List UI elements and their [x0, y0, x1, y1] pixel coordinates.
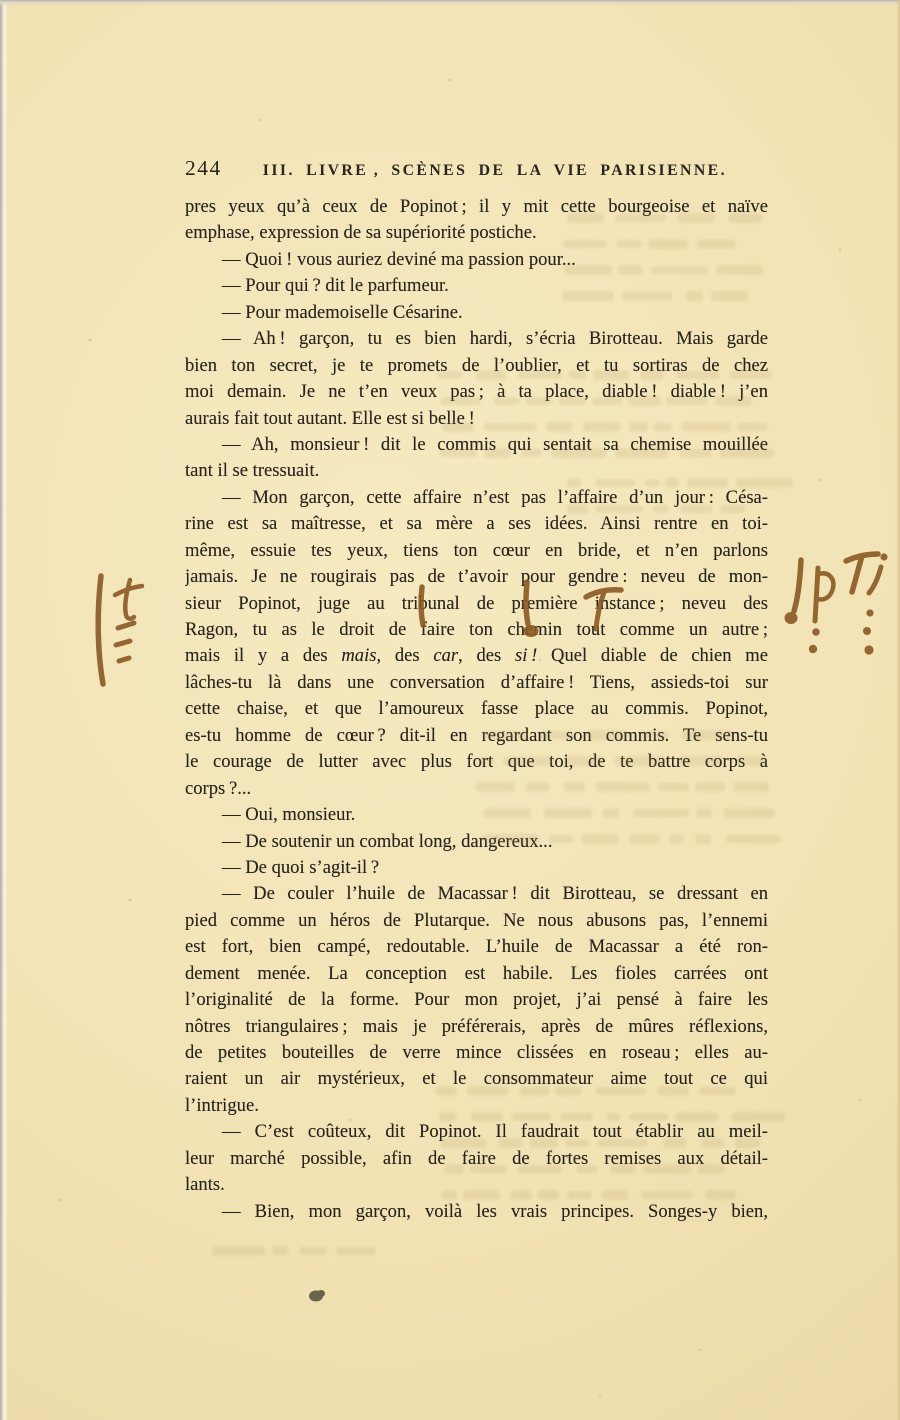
book-page: 244 III. LIVRE , SCÈNES DE LA VIE PARISI… [0, 0, 900, 1420]
text-line: l’intrigue. [185, 1093, 768, 1119]
text-line: l’originalité de la forme. Pour mon proj… [185, 987, 768, 1013]
text-line: est fort, bien campé, redoutable. L’huil… [185, 934, 768, 960]
text-line: — De soutenir un combat long, dangereux.… [185, 829, 768, 855]
text-line: bien ton secret, je te promets de l’oubl… [185, 353, 768, 379]
page-header: 244 III. LIVRE , SCÈNES DE LA VIE PARISI… [185, 156, 768, 181]
text-line: — Mon garçon, cette affaire n’est pas l’… [185, 485, 768, 511]
text-line: — Ah, monsieur ! dit le commis qui senta… [185, 432, 768, 458]
text-line: moi demain. Je ne t’en veux pas ; à ta p… [185, 379, 768, 405]
text-line: de petites bouteilles de verre mince cli… [185, 1040, 768, 1066]
text-block: pres yeux qu’à ceux de Popinot ; il y mi… [185, 194, 768, 1225]
scan-edge-top [0, 0, 900, 6]
text-segment: mais il y a des [185, 645, 341, 666]
text-line: dement menée. La conception est habile. … [185, 961, 768, 987]
italic-text: car [433, 645, 458, 666]
text-line: lâches-tu là dans une conversation d’aff… [185, 670, 768, 696]
text-line: es-tu homme de cœur ? dit-il en regardan… [185, 723, 768, 749]
running-title: III. LIVRE , SCÈNES DE LA VIE PARISIENNE… [222, 162, 768, 180]
scan-edge-right [896, 0, 900, 1420]
text-line: — De couler l’huile de Macassar ! dit Bi… [185, 881, 768, 907]
text-line: — De quoi s’agit-il ? [185, 855, 768, 881]
italic-text: mais [341, 645, 376, 666]
italic-text: si ! [515, 645, 537, 666]
text-line: jamais. Je ne rougirais pas de t’avoir p… [185, 564, 768, 590]
verso-showthrough [200, 1238, 380, 1284]
handwritten-right-margin-mark-ti [846, 553, 888, 654]
text-line: sieur Popinot, juge au tribunal de premi… [185, 591, 768, 617]
text-line: nôtres triangulaires ; mais je préférera… [185, 1014, 768, 1040]
text-line: — Bien, mon garçon, voilà les vrais prin… [185, 1199, 768, 1225]
text-line: pied comme un héros de Plutarque. Ne nou… [185, 908, 768, 934]
handwritten-right-margin-mark-jp [785, 560, 834, 653]
text-line: lants. [185, 1172, 768, 1198]
text-line: — Ah ! garçon, tu es bien hardi, s’écria… [185, 326, 768, 352]
page-number: 244 [185, 156, 222, 181]
text-line: même, essuie tes yeux, tiens ton cœur en… [185, 538, 768, 564]
text-segment: Quel diable de chien me [537, 645, 768, 666]
text-line: tant il se tressuait. [185, 458, 768, 484]
text-line: — C’est coûteux, dit Popinot. Il faudrai… [185, 1119, 768, 1145]
text-line: aurais fait tout autant. Elle est si bel… [185, 406, 768, 432]
text-line: leur marché possible, afin de faire de f… [185, 1146, 768, 1172]
text-line: cette chaise, et que l’amoureux fasse pl… [185, 696, 768, 722]
text-line: — Quoi ! vous auriez deviné ma passion p… [185, 247, 768, 273]
text-line: — Pour qui ? dit le parfumeur. [185, 273, 768, 299]
text-line: corps ?... [185, 776, 768, 802]
text-line: — Pour mademoiselle Césarine. [185, 300, 768, 326]
text-line: pres yeux qu’à ceux de Popinot ; il y mi… [185, 194, 768, 220]
text-line: le courage de lutter avec plus fort que … [185, 749, 768, 775]
scanned-book-page-screenshot: { "page_meta": { "page_number": "244", "… [0, 0, 900, 1420]
ink-spot [309, 1290, 325, 1302]
text-line: emphase, expression de sa supériorité po… [185, 220, 768, 246]
text-line: rine est sa maîtresse, et sa mère a ses … [185, 511, 768, 537]
text-segment: , des [458, 645, 515, 666]
handwritten-left-margin-mark [98, 576, 142, 684]
text-line: mais il y a des mais, des car, des si ! … [185, 643, 768, 669]
text-line: raient un air mystérieux, et le consomma… [185, 1066, 768, 1092]
text-segment: , des [376, 645, 433, 666]
scan-edge-left [0, 0, 8, 1420]
text-line: Ragon, tu as le droit de faire ton chemi… [185, 617, 768, 643]
text-line: — Oui, monsieur. [185, 802, 768, 828]
